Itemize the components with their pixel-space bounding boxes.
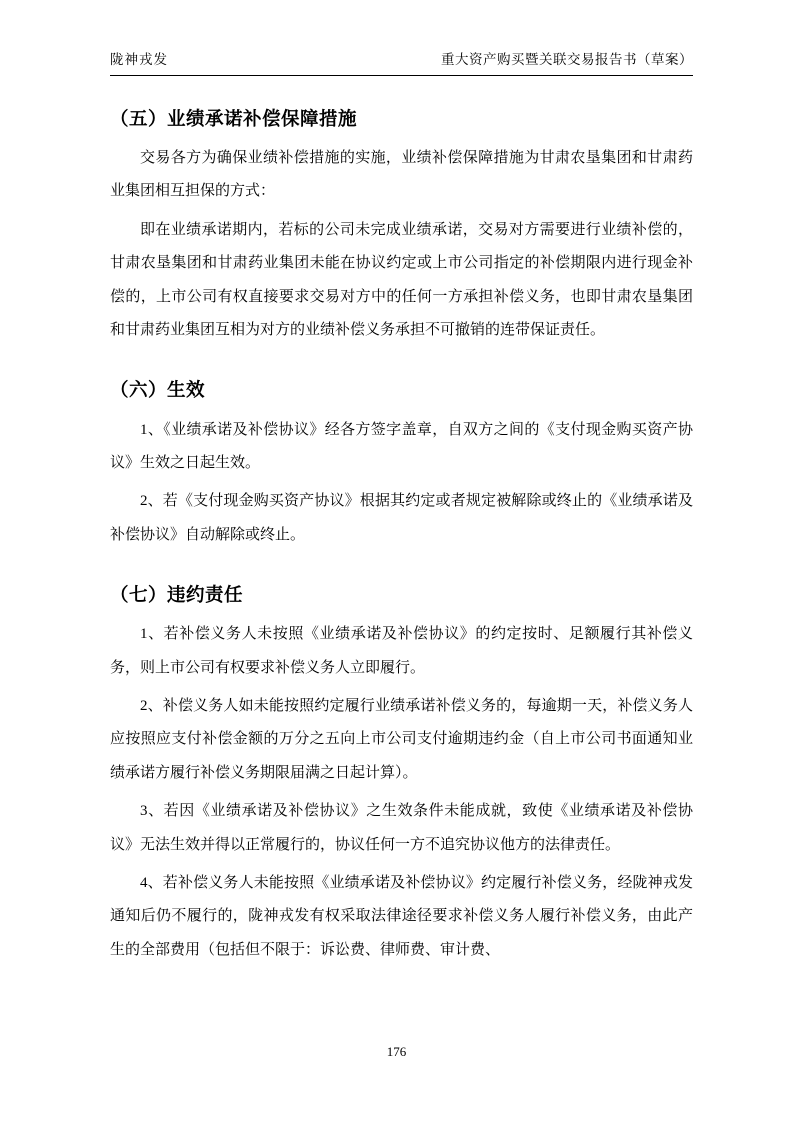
paragraph: 交易各方为确保业绩补偿措施的实施，业绩补偿保障措施为甘肃农垦集团和甘肃药业集团相… (110, 142, 693, 209)
page-header: 陇神戎发 重大资产购买暨关联交易报告书（草案） (110, 48, 693, 76)
header-company-name: 陇神戎发 (110, 48, 168, 68)
page-footer: 176 (0, 1044, 793, 1060)
paragraph: 3、若因《业绩承诺及补偿协议》之生效条件未能成就，致使《业绩承诺及补偿协议》无法… (110, 795, 693, 862)
section-heading-6: （六）生效 (110, 378, 693, 402)
document-page: 陇神戎发 重大资产购买暨关联交易报告书（草案） （五）业绩承诺补偿保障措施 交易… (0, 0, 793, 1122)
section-heading-5: （五）业绩承诺补偿保障措施 (110, 107, 693, 131)
document-content: 陇神戎发 重大资产购买暨关联交易报告书（草案） （五）业绩承诺补偿保障措施 交易… (110, 48, 693, 972)
page-number: 176 (387, 1044, 407, 1059)
paragraph: 4、若补偿义务人未能按照《业绩承诺及补偿协议》约定履行补偿义务，经陇神戎发通知后… (110, 867, 693, 967)
paragraph: 即在业绩承诺期内，若标的公司未完成业绩承诺，交易对方需要进行业绩补偿的，甘肃农垦… (110, 214, 693, 348)
paragraph: 1、《业绩承诺及补偿协议》经各方签字盖章，自双方之间的《支付现金购买资产协议》生… (110, 414, 693, 481)
paragraph: 2、若《支付现金购买资产协议》根据其约定或者规定被解除或终止的《业绩承诺及补偿协… (110, 485, 693, 552)
header-report-title: 重大资产购买暨关联交易报告书（草案） (441, 48, 693, 68)
section-heading-7: （七）违约责任 (110, 583, 693, 607)
paragraph: 1、若补偿义务人未按照《业绩承诺及补偿协议》的约定按时、足额履行其补偿义务，则上… (110, 618, 693, 685)
paragraph: 2、补偿义务人如未能按照约定履行业绩承诺补偿义务的，每逾期一天，补偿义务人应按照… (110, 690, 693, 790)
